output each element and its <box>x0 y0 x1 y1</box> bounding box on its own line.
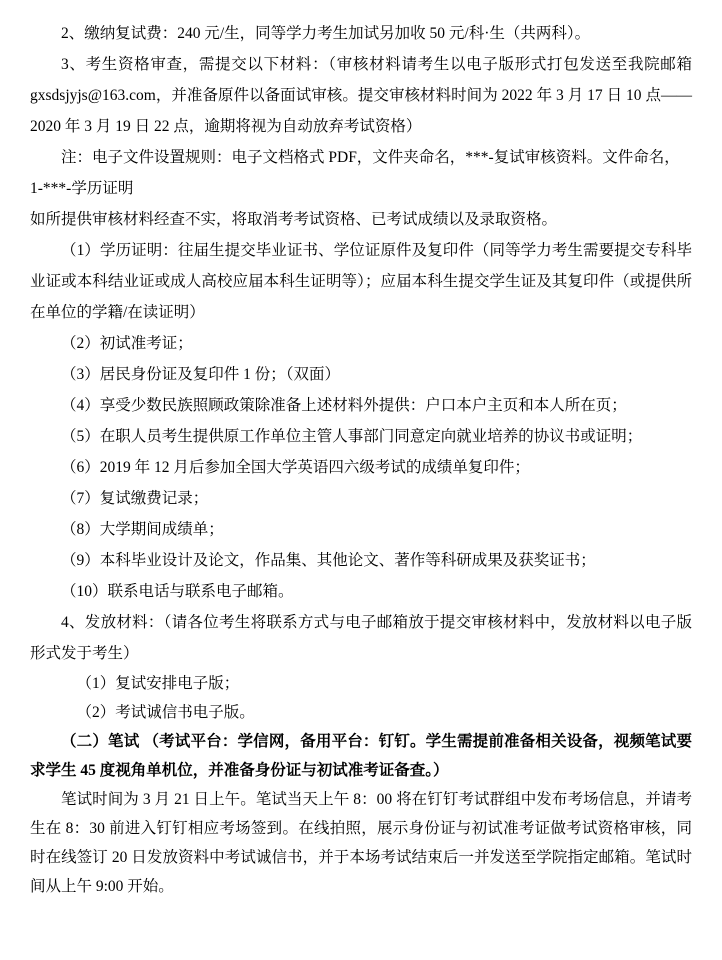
material-item-4: （4）享受少数民族照顾政策除准备上述材料外提供：户口本户主页和本人所在页； <box>30 390 692 421</box>
material-item-5: （5）在职人员考生提供原工作单位主管人事部门同意定向就业培养的协议书或证明； <box>30 421 692 452</box>
material-item-3: （3）居民身份证及复印件 1 份；（双面） <box>30 359 692 390</box>
written-exam-details: 笔试时间为 3 月 21 日上午。笔试当天上午 8：00 将在钉钉考试群组中发布… <box>30 785 692 901</box>
material-item-1: （1）学历证明：往届生提交毕业证书、学位证原件及复印件（同等学力考生需要提交专科… <box>30 235 692 328</box>
note-authenticity-warning: 如所提供审核材料经查不实，将取消考考试资格、已考试成绩以及录取资格。 <box>30 204 692 235</box>
paragraph-qualification-review: 3、考生资格审查，需提交以下材料：（审核材料请考生以电子版形式打包发送至我院邮箱… <box>30 49 692 142</box>
material-item-6: （6）2019 年 12 月后参加全国大学英语四六级考试的成绩单复印件； <box>30 452 692 483</box>
note-file-name-example: 1-***-学历证明 <box>30 173 692 204</box>
note-file-rule: 注：电子文件设置规则：电子文档格式 PDF，文件夹命名，***-复试审核资料。文… <box>30 142 692 173</box>
paragraph-distribute-materials: 4、发放材料：（请各位考生将联系方式与电子邮箱放于提交审核材料中，发放材料以电子… <box>30 607 692 669</box>
distribute-item-1: （1）复试安排电子版； <box>30 669 692 698</box>
material-item-9: （9）本科毕业设计及论文，作品集、其他论文、著作等科研成果及获奖证书； <box>30 545 692 576</box>
written-exam-heading: （二）笔试 （考试平台：学信网，备用平台：钉钉。学生需提前准备相关设备，视频笔试… <box>30 727 692 785</box>
paragraph-resit-fee: 2、缴纳复试费：240 元/生，同等学力考生加试另加收 50 元/科·生（共两科… <box>30 18 692 49</box>
material-item-2: （2）初试准考证； <box>30 328 692 359</box>
distribute-item-2: （2）考试诚信书电子版。 <box>30 698 692 727</box>
material-item-10: （10）联系电话与联系电子邮箱。 <box>30 576 692 607</box>
material-item-7: （7）复试缴费记录； <box>30 483 692 514</box>
document-page: 2、缴纳复试费：240 元/生，同等学力考生加试另加收 50 元/科·生（共两科… <box>0 0 722 960</box>
material-item-8: （8）大学期间成绩单； <box>30 514 692 545</box>
